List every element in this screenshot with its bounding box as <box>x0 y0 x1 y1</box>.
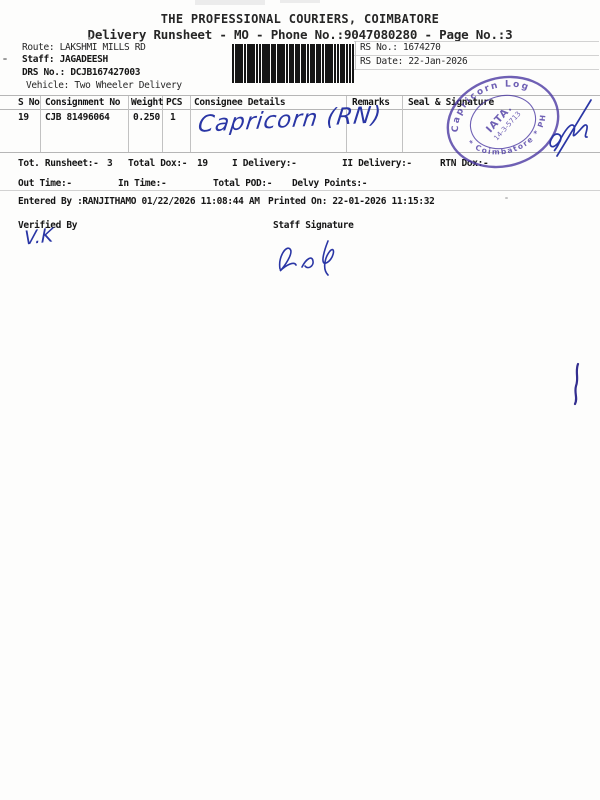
rs-box-bottom-line <box>354 69 599 70</box>
rs-date-field: RS Date: 22-Jan-2026 <box>360 56 467 67</box>
col-header-s-no: S No <box>18 97 39 108</box>
scan-smudge <box>280 0 320 3</box>
seal-signature-scribble <box>543 86 597 164</box>
total-dox-label: Total Dox:- <box>128 158 187 169</box>
rs-date-label: RS Date: <box>360 56 403 67</box>
route-label: Route: <box>22 42 54 53</box>
delvy-points-label: Delvy Points:- <box>292 178 367 189</box>
footer-divider-line <box>0 190 600 191</box>
scan-speck <box>88 37 91 40</box>
vehicle-label: Vehicle: <box>26 80 69 91</box>
route-field: Route: LAKSHMI MILLS RD <box>22 42 146 53</box>
in-time-label: In Time:- <box>118 178 166 189</box>
drs-no-field: DRS No.: DCJB167427003 <box>22 67 140 78</box>
scan-speck <box>3 58 7 60</box>
table-column-line <box>40 96 41 152</box>
staff-label: Staff: <box>22 54 54 65</box>
printed-on-text: Printed On: 22-01-2026 11:15:32 <box>268 196 434 207</box>
company-title: THE PROFESSIONAL COURIERS, COIMBATORE <box>0 14 600 25</box>
runsheet-barcode <box>232 44 355 83</box>
handwritten-verified-initials: V.K <box>24 224 53 249</box>
staff-signature-scribble <box>270 233 360 283</box>
table-column-line <box>190 96 191 152</box>
drs-no-value: DCJB167427003 <box>70 67 140 78</box>
col-header-consignee-details: Consignee Details <box>194 97 285 108</box>
ii-delivery-label: II Delivery:- <box>342 158 412 169</box>
row-weight: 0.250 <box>133 112 160 123</box>
i-delivery-label: I Delivery:- <box>232 158 296 169</box>
rs-no-label: RS No.: <box>360 42 398 53</box>
total-dox-value: 19 <box>197 158 208 169</box>
total-pod-label: Total POD:- <box>213 178 272 189</box>
drs-no-label: DRS No.: <box>22 67 65 78</box>
rs-box-left-line <box>355 41 356 70</box>
table-column-line <box>128 96 129 152</box>
entered-by-text: Entered By :RANJITHAMO 01/22/2026 11:08:… <box>18 196 260 207</box>
col-header-weight: Weight <box>131 97 163 108</box>
out-time-label: Out Time:- <box>18 178 72 189</box>
vehicle-value: Two Wheeler Delivery <box>74 80 181 91</box>
vehicle-field: Vehicle: Two Wheeler Delivery <box>26 80 182 91</box>
tot-runsheet-label: Tot. Runsheet:- <box>18 158 99 169</box>
rs-date-value: 22-Jan-2026 <box>408 56 467 67</box>
col-header-consignment-no: Consignment No <box>45 97 120 108</box>
scan-speck <box>505 197 508 199</box>
scanned-delivery-runsheet: THE PROFESSIONAL COURIERS, COIMBATORE De… <box>0 0 600 800</box>
tot-runsheet-value: 3 <box>107 158 112 169</box>
row-s-no: 19 <box>18 112 29 123</box>
staff-signature-label: Staff Signature <box>273 220 354 231</box>
staff-field: Staff: JAGADEESH <box>22 54 108 65</box>
route-value: LAKSHMI MILLS RD <box>60 42 146 53</box>
table-column-line <box>402 96 403 152</box>
stray-pen-mark <box>566 360 586 408</box>
row-consignment-no: CJB 81496064 <box>45 112 109 123</box>
rs-no-value: 1674270 <box>403 42 441 53</box>
row-pcs: 1 <box>170 112 175 123</box>
rs-no-field: RS No.: 1674270 <box>360 42 441 53</box>
staff-value: JAGADEESH <box>60 54 108 65</box>
col-header-pcs: PCS <box>166 97 182 108</box>
scan-smudge <box>195 0 265 5</box>
